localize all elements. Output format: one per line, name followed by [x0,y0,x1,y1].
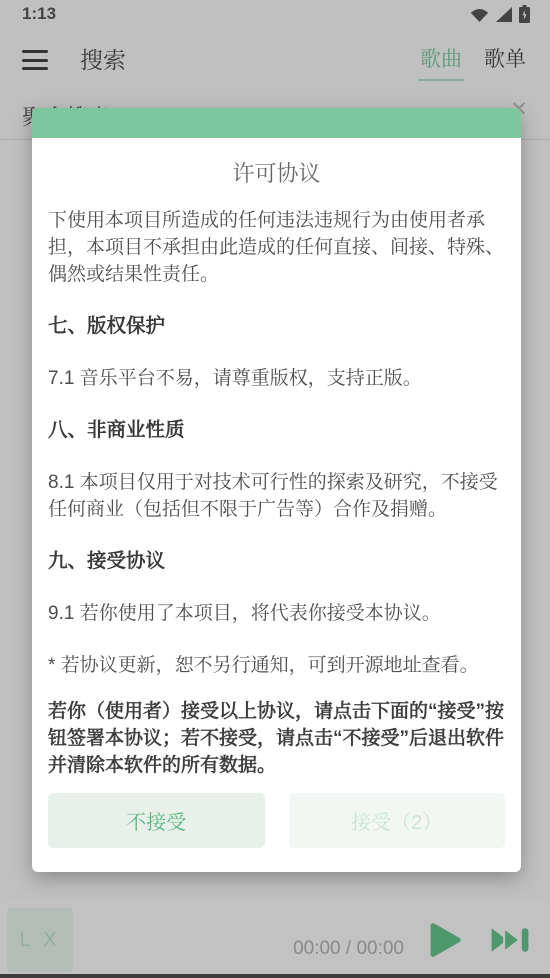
license-paragraph: 7.1 音乐平台不易，请尊重版权，支持正版。 [48,365,505,392]
dialog-buttons: 不接受 接受（2） [48,793,505,848]
license-closing-paragraph: 若你（使用者）接受以上协议，请点击下面的“接受”按钮签署本协议；若不接受，请点击… [48,698,505,779]
license-paragraph: 9.1 若你使用了本项目，将代表你接受本协议。 [48,600,505,627]
accept-button[interactable]: 接受（2） [289,793,506,848]
dialog-accent-bar [32,108,521,138]
decline-button[interactable]: 不接受 [48,793,265,848]
license-paragraph: * 若协议更新，恕不另行通知，可到开源地址查看。 [48,652,505,679]
license-paragraph: 8.1 本项目仅用于对技术可行性的探索及研究，不接受任何商业（包括但不限于广告等… [48,469,505,523]
dialog-title: 许可协议 [48,157,505,188]
license-section-heading: 八、非商业性质 [48,417,505,444]
dialog-body: 许可协议 下使用本项目所造成的任何违法违规行为由使用者承担，本项目不承担由此造成… [32,157,521,872]
license-section-heading: 七、版权保护 [48,313,505,340]
license-section-heading: 九、接受协议 [48,548,505,575]
license-paragraph: 下使用本项目所造成的任何违法违规行为由使用者承担，本项目不承担由此造成的任何直接… [48,207,505,288]
license-dialog: 许可协议 下使用本项目所造成的任何违法违规行为由使用者承担，本项目不承担由此造成… [32,108,521,872]
app-screen: 1:13 搜索 歌曲 [0,0,550,978]
